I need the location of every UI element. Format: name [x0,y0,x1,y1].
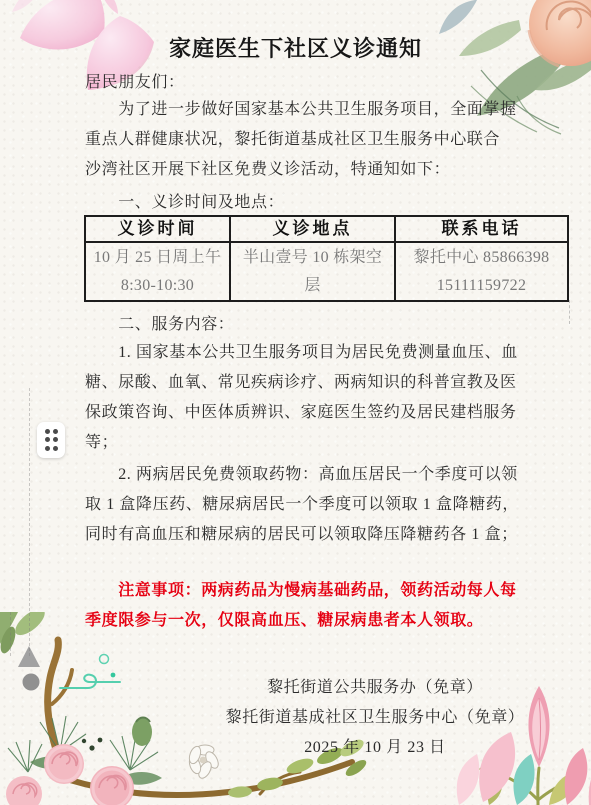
section2-heading: 二、服务内容： [85,310,565,340]
service-item-2: 2. 两病居民免费领取药物：高血压居民一个季度可以领 取 1 盒降压药、糖尿病居… [85,460,565,550]
handle-dot [53,437,58,442]
cell-clinic-location: 半山壹号 10 栋架空 层 [230,242,395,301]
notice-title: 家庭医生下社区义诊通知 [0,34,591,64]
signature-org2: 黎托街道基成社区卫生服务中心（免章） [180,703,570,733]
header-clinic-time: 义诊时间 [85,216,230,242]
six-dot-drag-handle[interactable] [37,422,65,458]
cell-clinic-time: 10 月 25 日周上午 8:30-10:30 [85,242,230,301]
signature-date: 2025 年 10 月 23 日 [180,733,570,763]
signature-org1: 黎托街道公共服务办（免章） [180,673,570,703]
handle-dot [53,446,58,451]
clinic-info-table: 义诊时间 义诊地点 联系电话 10 月 25 日周上午 8:30-10:30 半… [84,215,569,302]
intro-paragraph: 为了进一步做好国家基本公共卫生服务项目，全面掌握 重点人群健康状况，黎托街道基成… [85,95,565,185]
handle-dot [45,446,50,451]
header-clinic-location: 义诊地点 [230,216,395,242]
cell-contact-phone: 黎托中心 85866398 15111159722 [395,242,568,301]
section1-heading: 一、义诊时间及地点： [85,188,565,218]
table-header-row: 义诊时间 义诊地点 联系电话 [85,216,568,242]
handle-dot [45,437,50,442]
table-row: 10 月 25 日周上午 8:30-10:30 半山壹号 10 栋架空 层 黎托… [85,242,568,301]
handle-dot [53,429,58,434]
document-body: 家庭医生下社区义诊通知 居民朋友们： 为了进一步做好国家基本公共卫生服务项目，全… [0,0,591,805]
notice-page: 家庭医生下社区义诊通知 居民朋友们： 为了进一步做好国家基本公共卫生服务项目，全… [0,0,591,805]
greeting-line: 居民朋友们： [85,68,565,98]
signature-block: 黎托街道公共服务办（免章） 黎托街道基成社区卫生服务中心（免章） 2025 年 … [180,673,570,763]
handle-dot [45,429,50,434]
header-contact-phone: 联系电话 [395,216,568,242]
service-item-1: 1. 国家基本公共卫生服务项目为居民免费测量血压、血 糖、尿酸、血氧、常见疾病诊… [85,338,565,458]
notice-warning: 注意事项：两病药品为慢病基础药品，领药活动每人每 季度限参与一次，仅限高血压、糖… [85,576,565,636]
